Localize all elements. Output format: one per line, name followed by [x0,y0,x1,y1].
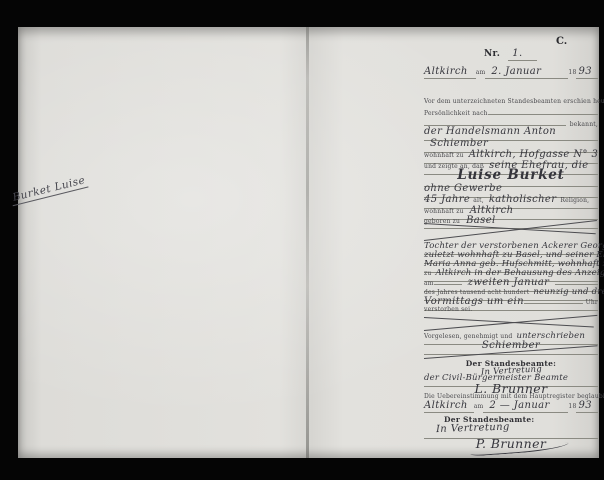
declarant-text-2: Schiember [424,139,488,149]
registration-date: 2. Januar [485,67,568,79]
read-label: Vorgelesen, genehmigt und [424,333,512,340]
intro-line-2: Persönlichkeit nach [424,110,598,117]
declarant-residence: Altkirch, Hofgasse N° 3 [464,150,599,160]
final-signature: P. Brunner [476,438,547,451]
registration-place-date-row: Altkirch am 2. Januar 18 93 [424,67,598,79]
scanned-register-page: { "document": { "corner_letter": "C.", "… [0,0,604,480]
death-on-label: am [424,280,434,287]
death-at-label: zu [424,270,431,277]
certification-place: Altkirch [424,401,474,413]
nr-value: 1. [508,49,536,61]
deceased-residence-label: wohnhaft zu [424,208,464,215]
final-signature-row: P. Brunner [424,438,598,454]
occupation: ohne Gewerbe [424,184,502,194]
deceased-name: Luise Burket [457,169,564,183]
death-year-label: des Jahres tausend acht hundert [424,289,529,296]
death-year: neunzig und drei [529,288,604,297]
book-fold-crease [306,27,309,458]
registration-year: 93 [576,67,598,79]
intro-line-1: Vor dem unterzeichneten Standesbeamten e… [424,98,598,105]
certification-date: 2 — Januar [483,401,568,413]
am-label: am [476,69,486,76]
certification-text: Die Uebereinstimmung mit dem Hauptregist… [424,393,604,400]
religion-label: Religion, [556,197,589,204]
strikethrough-line [424,315,597,331]
register-book-scan: Burket Luise C. Nr. 1. Altkirch am 2. Ja… [18,27,599,458]
declarant-text-1: der Handelsmann Anton [424,127,556,137]
margin-name-note: Burket Luise [9,174,88,207]
certification-am-label: am [474,403,484,410]
certification-year: 93 [576,401,598,413]
century-label: 18 [568,69,576,76]
died-row: verstorben sei. [424,306,598,317]
nr-label: Nr. [484,49,500,59]
certification-date-row: Altkirch am 2 — Januar 18 93 [424,401,598,414]
intro-text-1: Vor dem unterzeichneten Standesbeamten e… [424,98,604,105]
registration-place: Altkirch [424,67,476,79]
age-label: alt, [470,197,484,204]
residence-label: wohnhaft zu [424,152,464,159]
clock-label: Uhr [583,299,598,306]
strikethrough-line [424,317,594,327]
died-label: verstorben sei. [424,306,472,313]
religion: katholischer [484,195,557,205]
record-number-row: Nr. 1. [484,49,564,61]
corner-letter: C. [556,36,567,47]
deputy-note-2: In Vertretung [424,423,510,436]
age: 45 Jahre [424,195,470,205]
identity-label: Persönlichkeit nach [424,110,488,117]
certification-century: 18 [568,403,576,410]
certification-row: Die Uebereinstimmung mit dem Hauptregist… [424,393,598,400]
